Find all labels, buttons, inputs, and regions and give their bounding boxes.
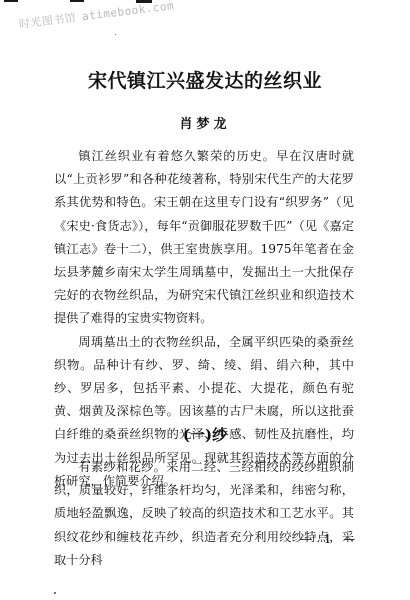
scan-edge-marks bbox=[0, 0, 410, 4]
scan-mark bbox=[4, 0, 18, 2]
paragraph: 有素纱和花纱。采用二经、三经相绞的绞纱组织制织，质量较好，纤维条杆均匀，光泽柔和… bbox=[54, 456, 354, 572]
page-number: — 1 — bbox=[300, 532, 359, 546]
section-body: 有素纱和花纱。采用二经、三经相绞的绞纱组织制织，质量较好，纤维条杆均匀，光泽柔和… bbox=[54, 456, 354, 572]
article-author: 肖梦龙 bbox=[0, 113, 410, 132]
scan-mark bbox=[70, 0, 84, 2]
scan-speck bbox=[115, 34, 116, 35]
article-title: 宋代镇江兴盛发达的丝织业 bbox=[0, 66, 410, 93]
section-heading: (一)纱 bbox=[0, 424, 410, 445]
paragraph: 镇江丝织业有着悠久繁荣的历史。早在汉唐时就以“上贡衫罗”和各种花绫著称，特别宋代… bbox=[54, 145, 354, 331]
scan-speck bbox=[54, 592, 56, 594]
watermark-site-name: 时光图书馆 bbox=[18, 11, 77, 31]
watermark: 时光图书馆atimebook.com bbox=[18, 0, 175, 32]
